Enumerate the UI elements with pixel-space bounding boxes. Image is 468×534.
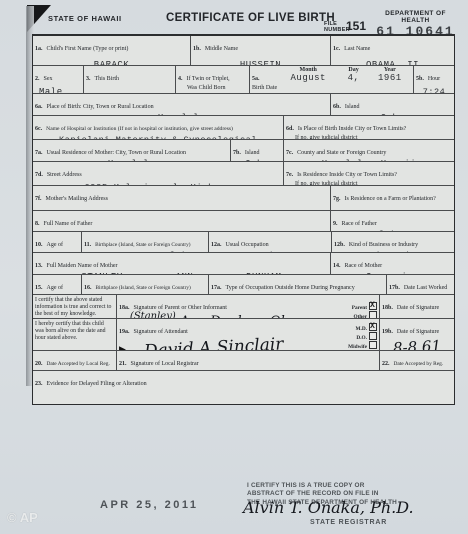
row-hospital: 6c. Name of Hospital or Institution (If … (33, 115, 454, 139)
field-value: Male (35, 87, 81, 93)
row-place-of-birth: 6a. Place of Birth: City, Town or Rural … (33, 93, 454, 115)
field-label: Island (345, 104, 360, 110)
field-label: Evidence for Delayed Filing or Alteratio… (47, 381, 147, 387)
checkbox-midwife (369, 341, 377, 349)
field-label: This Birth (95, 76, 120, 82)
field-farm-plantation: 7g. Is Residence on a Farm or Plantation… (330, 186, 454, 210)
field-local-registrar-signature: 21. Signature of Local Registrar UKL Lee (116, 351, 379, 370)
field-label: Date of Signature (397, 305, 439, 311)
field-value: Honolulu (35, 113, 328, 115)
field-number: 5a. (252, 76, 260, 82)
row-child-name: 1a. Child's First Name (Type or print) B… (33, 36, 454, 65)
field-label: Usual Residence of Mother: City, Town or… (47, 150, 187, 156)
state-registrar-title: STATE REGISTRAR (310, 519, 387, 526)
field-label-line2: Was Child Born (178, 85, 247, 91)
month-value: August (278, 73, 338, 83)
field-value: 8-7-61 (382, 315, 453, 318)
field-father-race: 9. Race of Father African (330, 211, 454, 231)
scanned-birth-certificate: STATE OF HAWAII CERTIFICATE OF LIVE BIRT… (0, 0, 468, 534)
field-child-middle-name: 1b. Middle Name HUSSEIN (190, 36, 330, 65)
field-value: Oahu (233, 159, 281, 161)
certificate-title: CERTIFICATE OF LIVE BIRTH (166, 8, 324, 24)
field-number: 18b. (382, 305, 393, 311)
field-mother-maiden-name: 13. Full Maiden Name of Mother STANLEY A… (33, 253, 330, 274)
checkbox-do (369, 332, 377, 340)
row-sex-birthdate: 2. Sex Male 3. This Birth Single Twin Tr… (33, 65, 454, 93)
field-number: 19b. (382, 329, 393, 335)
field-birth-inside-limits: 6d. Is Place of Birth Inside City or Tow… (283, 116, 454, 139)
father-middle-name: HUSSEIN (164, 230, 205, 231)
row-mother-details: 15. Age of Mother 18 16. Birthplace (Isl… (33, 274, 454, 294)
field-value: Student (211, 251, 329, 252)
checkbox-md (369, 323, 377, 331)
field-label: Birth Date (252, 85, 278, 91)
file-number-label: FILE NUMBER (324, 21, 346, 33)
field-number: 17b. (389, 285, 400, 291)
field-number: 7a. (35, 150, 43, 156)
father-last-name: OBAMA (254, 230, 284, 231)
row-street-address: 7d. Street Address 6085 Kalanianaole Hig… (33, 161, 454, 185)
department-block: DEPARTMENT OF HEALTH 61 10641 (376, 8, 455, 34)
field-mother-birthplace: 16. Birthplace (Island, State or Foreign… (81, 275, 208, 294)
day-value: 4, (338, 73, 368, 83)
field-number: 20. (35, 361, 43, 367)
birth-month: Month August (278, 67, 338, 93)
field-number: 9. (333, 221, 338, 227)
field-label: Sex (44, 76, 53, 82)
field-this-birth: 3. This Birth Single Twin Triplet (83, 66, 175, 93)
field-label: Race of Father (342, 221, 377, 227)
option-midwife: Midwife (348, 344, 367, 350)
field-number: 1b. (193, 46, 201, 52)
field-date-accepted-local: 20. Date Accepted by Local Reg. AUG -8 1… (33, 351, 116, 370)
field-parent-signature: 18a. Signature of Parent or Other Inform… (116, 295, 379, 318)
signature-arrow-icon (119, 368, 126, 370)
field-label: Signature of Attendant (134, 329, 188, 335)
field-label: Middle Name (205, 46, 238, 52)
certificate-form: 1a. Child's First Name (Type or print) B… (32, 34, 455, 405)
field-attendant-signature: 19a. Signature of Attendant David A Sinc… (116, 319, 379, 350)
parent-certify-statement: I certify that the above stated informat… (33, 295, 116, 318)
field-number: 22. (382, 361, 390, 367)
field-number: 3. (86, 76, 91, 82)
field-mailing-address: 7f. Mother's Mailing Address (33, 186, 330, 210)
row-registrar: 20. Date Accepted by Local Reg. AUG -8 1… (33, 350, 454, 370)
field-twin-order: 4. If Twin or Triplet, Was Child Born 1s… (175, 66, 249, 93)
state-name: STATE OF HAWAII (34, 8, 166, 34)
field-residence-island: 7b. Island Oahu (230, 140, 283, 161)
field-label: Is Residence on a Farm or Plantation? (345, 196, 436, 202)
field-attendant-signature-date: 19b. Date of Signature 8-8 61 (379, 319, 454, 350)
field-street-address: 7d. Street Address 6085 Kalanianaole Hig… (33, 162, 283, 185)
informant-type-options: Parent Other (352, 302, 377, 318)
field-label: Is Residence Inside City or Town Limits? (297, 172, 397, 178)
attendant-certify-statement: I hereby certify that this child was bor… (33, 319, 116, 350)
field-label: Birthplace (Island, State or Foreign Cou… (96, 285, 191, 291)
field-number: 7g. (333, 196, 341, 202)
field-parent-signature-date: 18b. Date of Signature 8-7-61 (379, 295, 454, 318)
field-number: 7d. (35, 172, 43, 178)
signature-prefix: (Stanley) (130, 311, 176, 318)
field-birth-date: 5a. Birth Date Month August Day 4, Year … (249, 66, 413, 93)
parent-signature-text: Ann Dunham Obama (180, 314, 317, 318)
attendant-signature-text: David A Sinclair (143, 334, 283, 350)
field-label: Full Maiden Name of Mother (47, 263, 118, 269)
field-value: HUSSEIN (193, 60, 328, 65)
field-number: 17a. (211, 285, 222, 291)
field-child-first-name: 1a. Child's First Name (Type or print) B… (33, 36, 190, 65)
department-label: DEPARTMENT OF HEALTH (376, 8, 455, 24)
field-father-industry: 12b. Kind of Business or Industry Univer… (331, 232, 454, 252)
field-label: County and State or Foreign Country (297, 150, 386, 156)
birth-year: Year 1961 (369, 67, 411, 93)
field-date-last-worked: 17b. Date Last Worked (386, 275, 454, 294)
field-number: 5b. (416, 76, 424, 82)
field-label: Signature of Local Registrar (131, 361, 199, 367)
field-number: 23. (35, 381, 43, 387)
row-father-details: 10. Age of Father 25 11. Birthplace (Isl… (33, 231, 454, 252)
field-number: 15. (35, 285, 43, 291)
row-delayed-filing: 23. Evidence for Delayed Filing or Alter… (33, 370, 454, 404)
field-mother-age: 15. Age of Mother 18 (33, 275, 81, 294)
field-number: 6c. (35, 126, 42, 132)
state-registrar-signature: Alvin T. Onaka, Ph.D. (243, 498, 414, 517)
field-number: 14. (333, 263, 341, 269)
field-residence-inside-limits: 7e. Is Residence Inside City or Town Lim… (283, 162, 454, 185)
field-value: OBAMA, II (333, 60, 452, 65)
checkbox-parent (369, 302, 377, 310)
field-number: 6a. (35, 104, 43, 110)
row-mailing-address: 7f. Mother's Mailing Address 7g. Is Resi… (33, 185, 454, 210)
field-value: Oahu (333, 113, 452, 115)
checkbox-other (369, 311, 377, 318)
field-value: Caucasian (333, 272, 452, 274)
field-label-line2: If no, give judicial district (286, 135, 452, 139)
field-hospital-name: 6c. Name of Hospital or Institution (If … (33, 116, 283, 139)
field-label: Last Name (344, 46, 370, 52)
field-label: Mother's Mailing Address (46, 196, 108, 202)
attendant-type-options: M.D. D.O. Midwife Other (348, 323, 377, 350)
field-mother-occupation: 17a. Type of Occupation Outside Home Dur… (208, 275, 386, 294)
ap-watermark: © AP (7, 510, 38, 525)
option-other: Other (353, 314, 367, 318)
certification-line-1: I CERTIFY THIS IS A TRUE COPY OR (247, 482, 397, 490)
field-label: Place of Birth: City, Town or Rural Loca… (47, 104, 154, 110)
field-number: 1a. (35, 46, 43, 52)
signature-arrow-icon (119, 339, 126, 350)
birth-day: Day 4, (338, 67, 368, 93)
field-label: Street Address (47, 172, 82, 178)
file-number-block: FILE NUMBER 151 (324, 8, 376, 34)
field-label: Full Name of Father (44, 221, 93, 227)
field-island: 6b. Island Oahu (330, 94, 454, 115)
file-number-value: 151 (346, 19, 366, 33)
field-label: Race of Mother (345, 263, 383, 269)
field-number: 6d. (286, 126, 294, 132)
field-number: 7f. (35, 196, 42, 202)
field-father-age: 10. Age of Father 25 (33, 232, 81, 252)
field-hour: 5b. Hour 7:24 P.M. (413, 66, 454, 93)
field-label: Date Accepted by Reg. General (382, 361, 443, 370)
field-number: 1c. (333, 46, 340, 52)
row-father-name: 8. Full Name of Father BARACK HUSSEIN OB… (33, 210, 454, 231)
field-value: 7:24 P.M. (416, 87, 452, 93)
field-father-name: 8. Full Name of Father BARACK HUSSEIN OB… (33, 211, 330, 231)
field-mother-residence: 7a. Usual Residence of Mother: City, Tow… (33, 140, 230, 161)
field-label-line2: If no, give judicial district (286, 181, 452, 185)
row-mother-residence: 7a. Usual Residence of Mother: City, Tow… (33, 139, 454, 161)
field-date-accepted-general: 22. Date Accepted by Reg. General AUG -8… (379, 351, 454, 370)
row-attendant-signature: I hereby certify that this child was bor… (33, 318, 454, 350)
field-label: Is Place of Birth Inside City or Town Li… (298, 126, 406, 132)
field-label: Name of Hospital or Institution (If not … (46, 126, 233, 132)
field-county-state: 7c. County and State or Foreign Country … (283, 140, 454, 161)
signature-arrow-icon (119, 311, 126, 318)
field-number: 13. (35, 263, 43, 269)
field-number: 19a. (119, 329, 130, 335)
field-value: Kapiolani Maternity & Gynecological Hosp… (35, 135, 281, 139)
field-label: If Twin or Triplet, (187, 76, 230, 82)
field-value: Kenya, East Africa (84, 251, 206, 252)
field-value: Honolulu, Hawaii (286, 159, 452, 161)
field-child-last-name: 1c. Last Name OBAMA, II (330, 36, 454, 65)
field-sex: 2. Sex Male (33, 66, 83, 93)
footer-date-stamp: APR 25, 2011 (100, 499, 199, 511)
field-number: 7c. (286, 150, 293, 156)
row-mother-name: 13. Full Maiden Name of Mother STANLEY A… (33, 252, 454, 274)
field-number: 4. (178, 76, 183, 82)
field-number: 21. (119, 361, 127, 367)
field-label: Island (245, 150, 260, 156)
field-label: Kind of Business or Industry (349, 242, 418, 248)
field-number: 12a. (211, 242, 222, 248)
field-number: 7b. (233, 150, 241, 156)
field-label: Date Last Worked (404, 285, 447, 291)
field-value: BARACK (35, 60, 188, 65)
field-value: African (333, 230, 452, 231)
field-label: Date of Signature (397, 329, 439, 335)
field-delayed-filing: 23. Evidence for Delayed Filing or Alter… (33, 371, 454, 404)
father-first-name: BARACK (79, 230, 114, 231)
row-parent-signature: I certify that the above stated informat… (33, 294, 454, 318)
field-mother-race: 14. Race of Mother Caucasian (330, 253, 454, 274)
field-label: Type of Occupation Outside Home During P… (226, 285, 355, 291)
field-number: 6b. (333, 104, 341, 110)
mother-middle-name: ANN (176, 272, 194, 274)
field-place-of-birth: 6a. Place of Birth: City, Town or Rural … (33, 94, 330, 115)
certificate-header: STATE OF HAWAII CERTIFICATE OF LIVE BIRT… (34, 8, 455, 34)
field-label: Hour (428, 76, 440, 82)
mother-maiden-surname: DUNHAM (246, 272, 281, 274)
field-value: Honolulu (35, 159, 228, 161)
field-value: 8-8 61 (382, 336, 453, 350)
field-label: Usual Occupation (226, 242, 269, 248)
field-number: 8. (35, 221, 40, 227)
field-number: 10. (35, 242, 43, 248)
field-label: Birthplace (Island, State or Foreign Cou… (95, 242, 190, 248)
field-label: Date Accepted by Local Reg. (47, 361, 110, 367)
field-number: 11. (84, 242, 91, 248)
field-number: 2. (35, 76, 40, 82)
year-value: 1961 (369, 73, 411, 83)
field-father-birthplace: 11. Birthplace (Island, State or Foreign… (81, 232, 208, 252)
field-father-occupation: 12a. Usual Occupation Student (208, 232, 331, 252)
field-value: University (334, 251, 452, 252)
mother-first-name: STANLEY (81, 272, 122, 274)
field-number: 12b. (334, 242, 345, 248)
field-number: 16. (84, 285, 92, 291)
field-number: 7e. (286, 172, 293, 178)
field-value: 6085 Kalanianaole Highway (35, 183, 281, 185)
field-label: Child's First Name (Type or print) (47, 46, 129, 52)
